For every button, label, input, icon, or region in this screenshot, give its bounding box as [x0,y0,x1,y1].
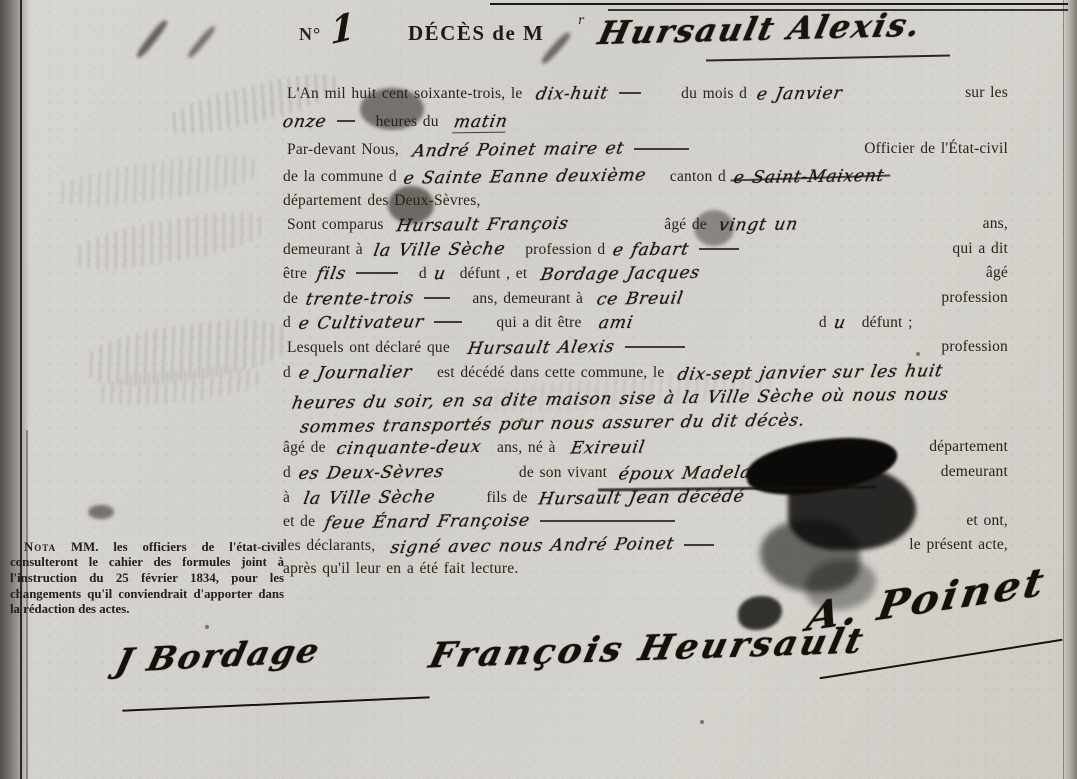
form-line-15: âgé de cinquante-deux ans, né à Exireuil… [283,438,1008,464]
form-line-19: les déclarants, signé avec nous André Po… [283,536,1008,562]
entry-birth-department: es Deux-Sèvres [297,462,446,484]
printed-text: âgé de [664,216,707,233]
deceased-name-header: Hursault Alexis. [595,6,926,52]
form-line-3: Par-devant Nous, André Poinet maire et O… [283,140,1008,166]
entry-deceased-profession: e Journalier [297,362,414,384]
entry-death-date: dix-sept janvier sur les huit [676,361,945,385]
printed-text: d [283,314,291,331]
ink-smudge [540,30,573,65]
entry-death-details-1: heures du soir, en sa dite maison sise à… [290,384,950,413]
record-number-value: 1 [330,4,354,53]
printed-text: demeurant à [283,241,363,258]
printed-text: d [819,314,827,331]
entry-mother: feue Énard Françoise [323,511,532,534]
printed-text: profession [941,289,1008,307]
page-right-edge [1063,0,1077,779]
form-line-4: de la commune d e Sainte Eanne deuxième … [283,167,1008,193]
entry-deceased-age: cinquante-deux [335,437,483,459]
entry-signature-clause: signé avec nous André Poinet [389,534,676,558]
entry-article: u [833,313,848,333]
printed-text: sur les [965,84,1008,102]
printed-text: heures du [376,113,439,130]
printed-text: Officier de l'État-civil [864,140,1008,158]
nota-margin-note: Nota MM. les officiers de l'état-civil c… [10,540,284,618]
ink-smudge [135,18,170,59]
form-line-7: demeurant à la Ville Sèche profession d … [283,240,1008,266]
printed-text: âgé [986,264,1008,282]
printed-text: ans, [983,215,1008,233]
entry-commune: e Sainte Eanne deuxième [402,165,648,188]
printed-text: L'An mil huit cent soixante-trois, le [287,85,523,102]
form-line-6: Sont comparus Hursault François âgé de v… [283,215,1008,241]
entry-birthplace: Exireuil [569,437,647,458]
entry-declarant1-residence: la Ville Sèche [372,239,507,261]
entry-officer-name: André Poinet maire et [411,139,626,162]
ink-smudge [88,505,114,519]
printed-text: être [283,265,307,282]
printed-text: de la commune d [283,168,397,185]
printed-text: canton d [670,168,726,185]
entry-declarant1-name: Hursault François [395,214,570,236]
entry-hour: onze [281,112,328,133]
top-border-rule [490,3,1068,5]
printed-text: département [929,438,1008,456]
entry-declarant1-age: vingt un [717,214,800,235]
name-underline [706,54,950,61]
printed-text: de [283,290,298,307]
form-line-8: être fils d u défunt , et Bordage Jacque… [283,264,1008,290]
printed-text: les déclarants, [283,537,375,554]
printed-text: est décédé dans cette commune, le [437,364,665,381]
printed-text: et ont, [966,512,1008,530]
signature-flourish [122,696,430,711]
entry-deceased-name: Hursault Alexis [466,337,616,359]
entry-article: u [433,264,448,284]
title-superscript: r [578,13,584,27]
form-line-11: Lesquels ont déclaré que Hursault Alexis… [283,338,1008,364]
paper-speck [700,720,704,724]
printed-text: et de [283,513,315,530]
form-line-13: heures du soir, en sa dite maison sise à… [283,389,1065,415]
nota-label: Nota [10,540,56,554]
printed-text: Par-devant Nous, [287,141,399,158]
page-title: DÉCÈS de M [408,21,544,46]
entry-declarant2-name: Bordage Jacques [539,263,702,285]
form-line-9: de trente-trois ans, demeurant à ce Breu… [283,289,1008,315]
printed-text: défunt , et [460,265,528,282]
form-line-10: d e Cultivateur qui a dit être ami d u d… [283,313,1008,339]
printed-text: d [419,265,427,282]
signature-declarant-bordage: J Bordage [112,631,325,680]
entry-time-of-day: matin [452,112,509,134]
ink-bleed-ghost [70,203,269,278]
printed-text: Lesquels ont déclaré que [287,339,450,356]
entry-declarant2-profession: e Cultivateur [297,312,426,334]
printed-text: de son vivant [519,464,607,481]
printed-text: défunt ; [862,314,913,331]
form-line-1: L'An mil huit cent soixante-trois, le di… [283,84,1008,110]
entry-declarant2-relation: ami [597,313,635,333]
printed-text: profession d [525,241,605,258]
ink-smudge [186,24,217,59]
printed-text: Sont comparus [287,216,384,233]
death-certificate-scan: N° 1 DÉCÈS de M r Hursault Alexis. L'An … [0,0,1077,779]
printed-text: le présent acte, [909,536,1008,554]
entry-declarant2-age: trente-trois [304,288,415,309]
printed-text: ans, demeurant à [472,290,583,307]
entry-death-details-2: sommes transportés pour nous assurer du … [299,410,807,437]
record-number-label: N° [299,24,321,45]
entry-declarant2-residence: ce Breuil [595,288,685,309]
printed-text: d [283,364,291,381]
printed-text: profession [941,338,1008,356]
entry-declarant1-profession: e fabart [611,239,691,260]
ink-bleed-ghost [53,148,261,214]
printed-text: ans, né à [497,439,556,456]
entry-month: e Janvier [755,83,844,104]
signature-declarant-heursault: François Heursault [425,620,869,676]
printed-text: qui a dit être [496,314,581,331]
printed-text: à [283,489,290,506]
binding-rule [20,0,22,779]
printed-text: demeurant [941,463,1008,481]
printed-text: département des Deux-Sèvres, [283,192,481,209]
printed-text: âgé de [283,439,326,456]
printed-text: après qu'il leur en a été fait lecture. [283,560,518,577]
paper-speck [205,625,209,629]
entry-deceased-residence: la Ville Sèche [302,487,437,509]
form-line-2: onze heures du matin [283,112,1008,138]
printed-text: fils de [486,489,527,506]
form-line-14: sommes transportés pour nous assurer du … [283,414,1008,440]
printed-text: qui a dit [952,240,1008,258]
printed-text: d [283,464,291,481]
printed-text: du mois d [681,85,747,102]
entry-canton: e Saint-Maixent [732,166,886,188]
entry-declarant1-relation: fils [315,264,348,284]
entry-death-report-day: dix-huit [534,83,610,104]
